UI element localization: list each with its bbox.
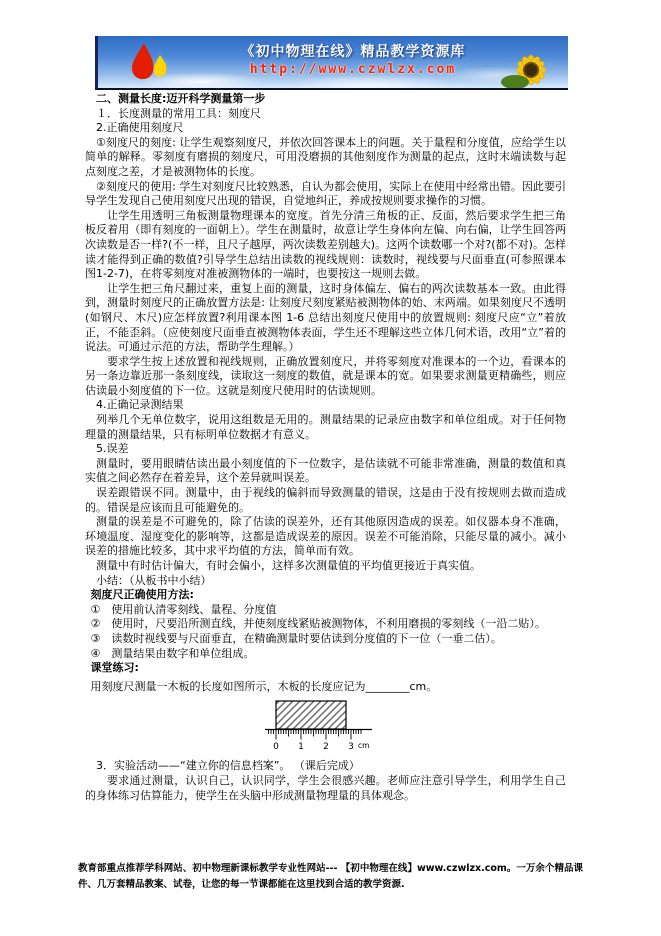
paragraph: 刻度尺正确使用方法: <box>85 588 566 603</box>
paragraph: 2.正确使用刻度尺 <box>85 121 566 136</box>
paragraph: 二、测量长度:迈开科学测量第一步 <box>85 92 566 107</box>
banner-url: http://www.czwlzx.com <box>208 62 498 77</box>
paragraph: 用刻度尺测量一木板的长度如图所示，木板的长度应记为________cm。 <box>85 676 566 695</box>
paragraph: 课堂练习: <box>85 661 566 676</box>
paragraph: ③ 读数时视线要与尺面垂直，在精确测量时要估读到分度值的下一位（一垂二估）。 <box>85 632 566 647</box>
site-banner: 《初中物理在线》精品教学资源库 http://www.czwlzx.com <box>95 36 568 90</box>
paragraph: 要求学生按上述放置和视线规则，正确放置刻度尺，并将零刻度对准课本的一个边，看课本… <box>85 355 566 399</box>
paragraph: 要求通过测量，认识自己，认识同学，学生会很感兴趣。老师应注意引导学生，利用学生自… <box>85 774 566 803</box>
ruler-unit-label: cm <box>358 741 369 750</box>
paragraph: ②刻度尺的使用: 学生对刻度尺比较熟悉，自认为都会使用，实际上在使用中经常出错。… <box>85 180 566 209</box>
paragraph: 测量的误差是不可避免的，除了估读的误差外，还有其他原因造成的误差。如仪器本身不准… <box>85 515 566 559</box>
paragraph: 小结：（从板书中小结） <box>85 574 566 589</box>
page-footer: 教育部重点推荐学科网站、初中物理新课标教学专业性网站--- 【初中物理在线】ww… <box>78 861 583 893</box>
paragraph: 3．实验活动——“建立你的信息档案”。 （课后完成） <box>85 759 566 774</box>
paragraph: 让学生用透明三角板测量物理课本的宽度。首先分清三角板的正、反面，然后要求学生把三… <box>85 209 566 282</box>
ruler-number: 0 <box>273 742 279 752</box>
ruler-number: 1 <box>298 742 304 752</box>
paragraph: 测量时，要用眼睛估读出最小刻度值的下一位数字，是估读就不可能非常准确，测量的数值… <box>85 457 566 486</box>
sunflower-icon <box>500 44 562 90</box>
ruler-number: 2 <box>323 742 329 752</box>
wooden-board-shape <box>276 701 346 729</box>
paragraph: 误差跟错误不同。测量中，由于视线的偏斜而导致测量的错误，这是由于没有按规则去做而… <box>85 486 566 515</box>
banner-title: 《初中物理在线》精品教学资源库 <box>188 41 518 61</box>
paragraph: ①刻度尺的刻度: 让学生观察刻度尺，并依次回答课本上的问题。关于量程和分度值，应… <box>85 136 566 180</box>
document-page: 《初中物理在线》精品教学资源库 http://www.czwlzx.com <box>0 0 661 936</box>
document-body-bottom: 3．实验活动——“建立你的信息档案”。 （课后完成）要求通过测量，认识自己，认识… <box>85 759 566 803</box>
document-content: 二、测量长度:迈开科学测量第一步１．长度测量的常用工具：刻度尺2.正确使用刻度尺… <box>85 92 566 803</box>
ruler-board-figure: 0 1 2 3 cm <box>85 699 566 757</box>
paragraph: ② 使用时，尺要沿所测直线，并使刻度线紧贴被测物体，不利用磨损的零刻线（一沿二贴… <box>85 617 566 632</box>
paragraph: １．长度测量的常用工具：刻度尺 <box>85 107 566 122</box>
document-body-top: 二、测量长度:迈开科学测量第一步１．长度测量的常用工具：刻度尺2.正确使用刻度尺… <box>85 92 566 694</box>
physics-online-logo-icon <box>130 42 172 86</box>
paragraph: 列举几个无单位数字，说用这组数是无用的。测量结果的记录应由数字和单位组成。对于任… <box>85 413 566 442</box>
paragraph: 5.误差 <box>85 442 566 457</box>
ruler-labels: 0 1 2 3 cm <box>273 741 369 752</box>
paragraph: 测量中有时估计偏大，有时会偏小，这样多次测量值的平均值更接近于真实值。 <box>85 559 566 574</box>
ruler-number: 3 <box>348 742 354 752</box>
paragraph: ④ 测量结果由数字和单位组成。 <box>85 647 566 662</box>
paragraph: 让学生把三角尺翻过来，重复上面的测量，这时身体偏左、偏右的两次读数基本一致。由此… <box>85 282 566 355</box>
paragraph: 4.正确记录测结果 <box>85 398 566 413</box>
ruler-ticks <box>268 730 361 740</box>
paragraph: ① 使用前认清零刻线、量程、分度值 <box>85 603 566 618</box>
